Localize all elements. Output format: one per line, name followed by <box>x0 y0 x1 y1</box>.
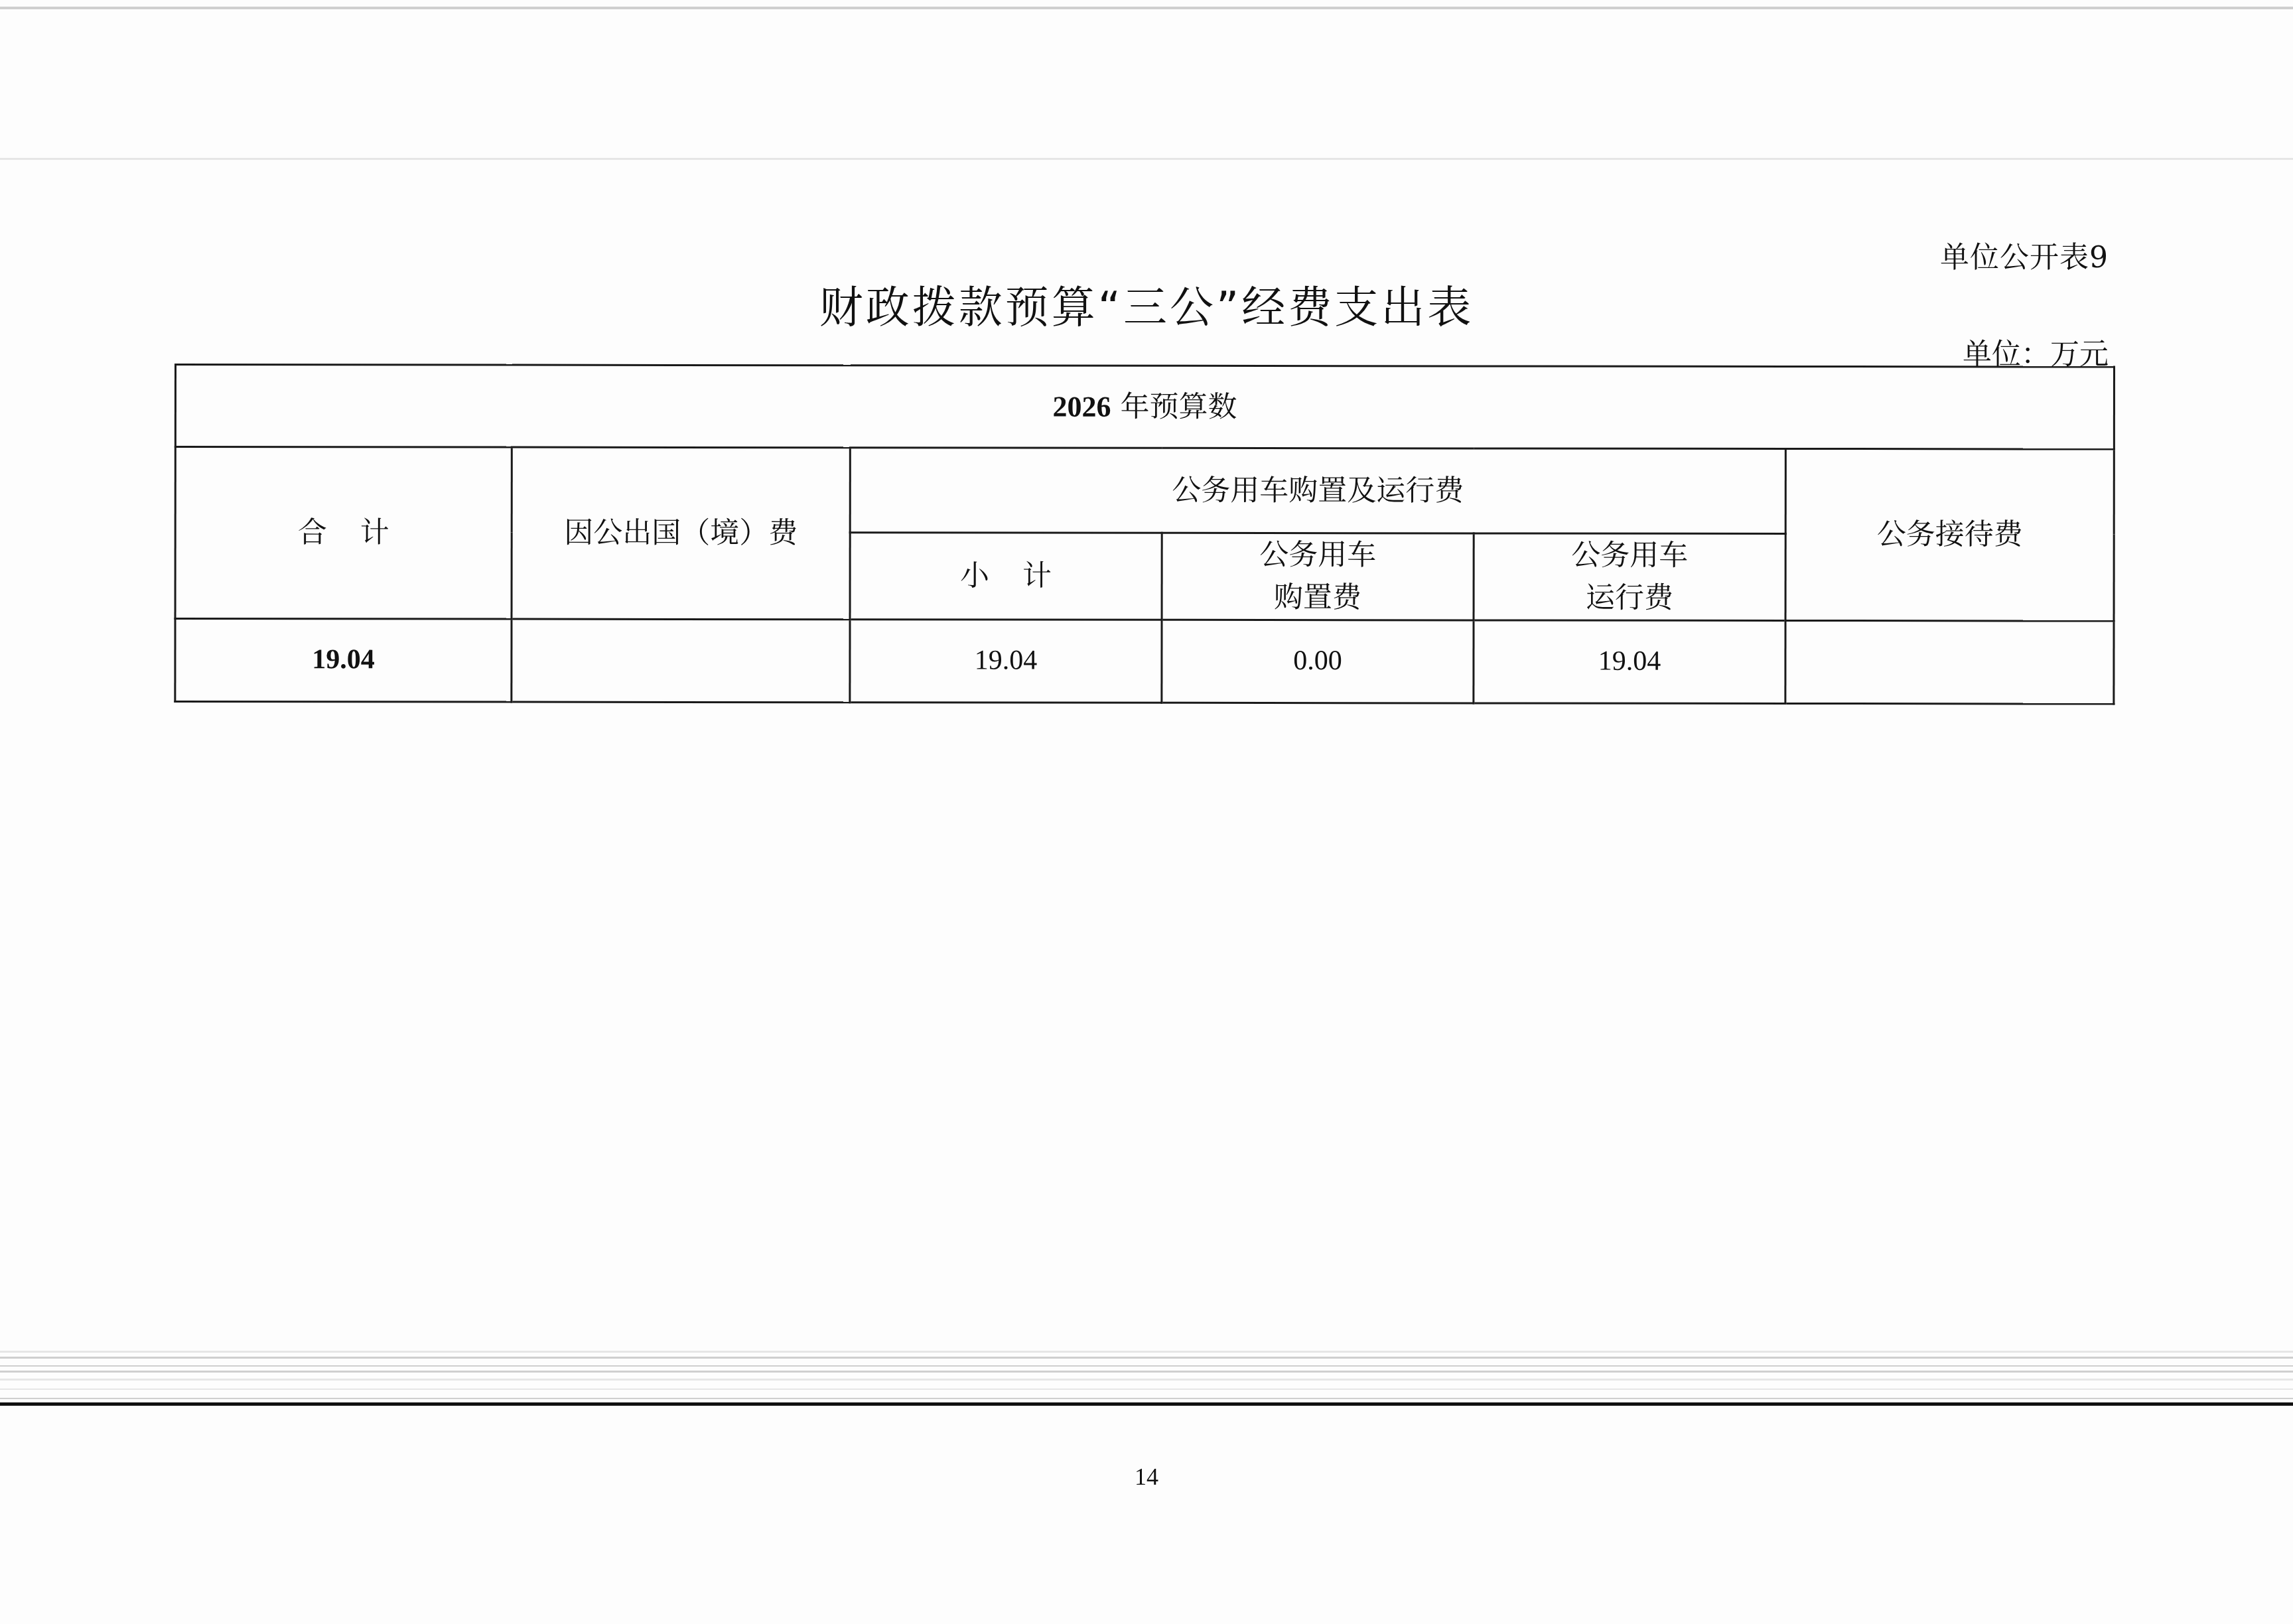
page-divider <box>0 1402 2293 1406</box>
cell-vehicle-purchase: 0.00 <box>1162 620 1474 703</box>
cell-vehicle-operation: 19.04 <box>1474 620 1785 703</box>
year-header-cell: 2026 年预算数 <box>175 365 2114 450</box>
form-number: 单位公开表9 <box>1940 234 2109 276</box>
header-overseas: 因公出国（境）费 <box>512 447 850 619</box>
document-title: 财政拨款预算“三公”经费支出表 <box>0 272 2293 335</box>
cell-total: 19.04 <box>175 618 512 702</box>
three-public-expenses-table: 2026 年预算数 合计 因公出国（境）费 公务用车购置及运行费 公务接待费 小… <box>174 364 2115 705</box>
scan-artifact-line <box>0 1388 2293 1390</box>
year-header-row: 2026 年预算数 <box>175 365 2114 450</box>
scan-artifact-line <box>0 1398 2293 1399</box>
table-row: 19.04 19.04 0.00 19.04 <box>175 618 2114 704</box>
scan-artifact-line <box>0 7 2293 9</box>
cell-vehicle-subtotal: 19.04 <box>850 619 1162 703</box>
budget-year-suffix: 年预算数 <box>1120 389 1237 423</box>
cell-overseas <box>512 619 850 703</box>
header-vehicle-operation: 公务用车运行费 <box>1474 533 1785 620</box>
column-header-row: 合计 因公出国（境）费 公务用车购置及运行费 公务接待费 <box>175 447 2114 535</box>
scan-artifact-line <box>0 1371 2293 1373</box>
scan-artifact-line <box>0 1379 2293 1381</box>
scan-artifact-line <box>0 158 2293 160</box>
header-vehicle-purchase-line1: 公务用车 <box>1163 534 1473 576</box>
cell-reception <box>1785 620 2114 704</box>
header-vehicle-group: 公务用车购置及运行费 <box>850 448 1785 534</box>
header-total: 合计 <box>175 447 512 619</box>
header-vehicle-operation-line2: 运行费 <box>1475 576 1785 619</box>
scan-artifact-line <box>0 1365 2293 1367</box>
header-reception: 公务接待费 <box>1785 448 2114 620</box>
scan-artifact-line <box>0 1357 2293 1359</box>
budget-year: 2026 <box>1052 390 1111 423</box>
header-vehicle-subtotal: 小计 <box>850 533 1162 620</box>
header-vehicle-purchase: 公务用车购置费 <box>1162 533 1474 620</box>
header-vehicle-operation-line1: 公务用车 <box>1475 534 1785 576</box>
header-total-label: 合计 <box>265 515 423 549</box>
page-number: 14 <box>0 1463 2293 1491</box>
header-vehicle-purchase-line2: 购置费 <box>1163 576 1473 619</box>
scan-artifact-line <box>0 1351 2293 1353</box>
header-vehicle-subtotal-label: 小计 <box>927 559 1085 592</box>
